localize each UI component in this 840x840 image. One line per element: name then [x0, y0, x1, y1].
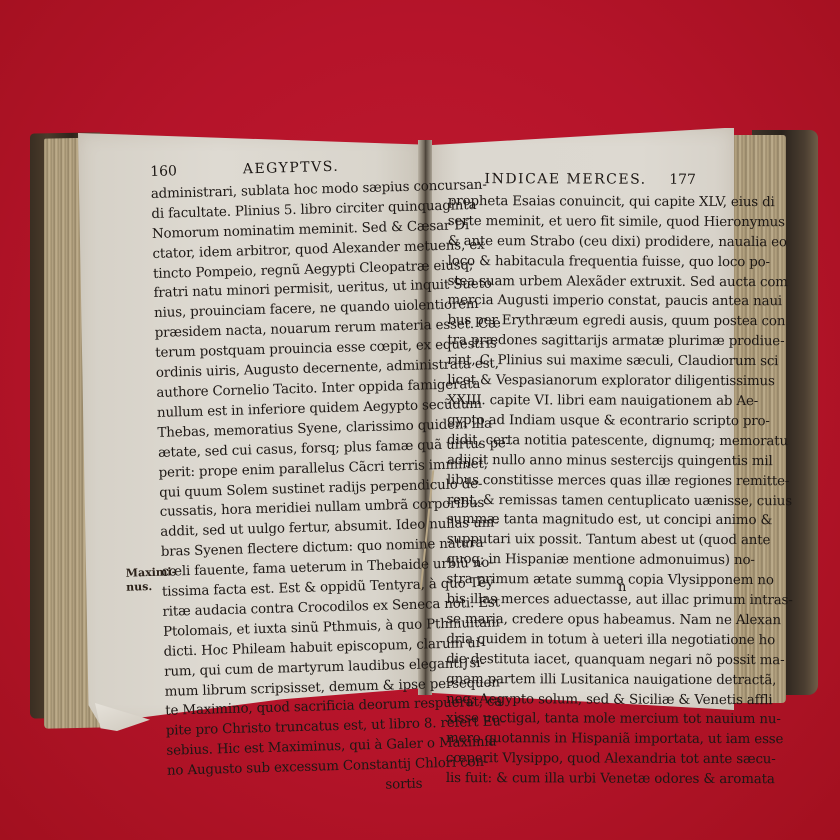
- right-running-header: INDICAE MERCES. 177: [448, 170, 696, 191]
- text-line: lis fuit: & cum illa urbi Venetæ odores …: [446, 769, 792, 790]
- text-line: se maria, credere opus habeamus. Nam ne …: [446, 610, 792, 631]
- margin-note-line: nus.: [126, 579, 177, 594]
- text-line: libus constitisse merces quas illæ regio…: [447, 471, 793, 492]
- text-line: cœperit Vlysippo, quod Alexandria tot an…: [446, 749, 792, 770]
- text-line: neq; Aegypto solum, sed & Siciliæ & Vene…: [446, 690, 792, 711]
- text-line: adijcit nullo anno minus sestercijs quin…: [447, 451, 793, 472]
- margin-note-line: Maximi-: [126, 565, 177, 580]
- text-line: supputari uix possit. Tantum abest ut (q…: [447, 530, 793, 551]
- right-page-text: INDICAE MERCES. 177 propheta Esaias conu…: [446, 170, 794, 790]
- text-line: stea suam urbem Alexãder extruxit. Sed a…: [448, 272, 794, 293]
- left-page-number: 160: [150, 162, 177, 183]
- text-line: gypto ad Indiam usque & econtrario scrip…: [447, 411, 793, 432]
- text-line: tra prædones sagittarijs armatæ plurimæ …: [447, 331, 793, 352]
- text-line: gnam partem illi Lusitanica nauigatione …: [446, 670, 792, 691]
- text-line: loco & habitacula frequentia fuisse, quo…: [448, 252, 794, 273]
- text-line: rint, C. Plinius sui maxime sæculi, Clau…: [447, 351, 793, 372]
- text-line: die destituta iacet, quanquam negari nõ …: [446, 650, 792, 671]
- text-line: bus per Erythræum egredi ausis, quum pos…: [447, 311, 793, 332]
- text-line: quoq; in Hispaniæ mentione admonuimus) n…: [447, 550, 793, 571]
- text-line: rent, & remissas tamen centuplicato uæni…: [447, 490, 793, 511]
- text-line: & ante eum Strabo (ceu dixi) prodidere, …: [448, 232, 794, 253]
- left-running-head-title: AEGYPTVS.: [243, 158, 340, 181]
- margin-note: Maximi- nus.: [126, 565, 177, 594]
- text-line: propheta Esaias conuincit, qui capite XL…: [448, 192, 794, 213]
- signature-mark: n: [618, 580, 626, 595]
- text-line: didit, certa notitia patescente, dignumq…: [447, 431, 793, 452]
- text-line: mercia Augusti imperio constat, paucis a…: [448, 291, 794, 312]
- text-line: mero quotannis in Hispaniã importata, ut…: [446, 729, 792, 750]
- text-line: serte meminit, et uero fit simile, quod …: [448, 212, 794, 233]
- text-line: summæ tanta magnitudo est, ut concipi an…: [447, 510, 793, 531]
- right-running-head-title: INDICAE MERCES.: [485, 170, 647, 190]
- right-page-number: 177: [669, 171, 696, 191]
- text-line: xisse uectigal, tanta mole mercium tot n…: [446, 709, 792, 730]
- text-line: licet & Vespasianorum explorator diligen…: [447, 371, 793, 392]
- text-line: XXIII. capite VI. libri eam nauigationem…: [447, 391, 793, 412]
- book-photo-scene: 160 AEGYPTVS. administrari, sublata hoc …: [0, 0, 840, 840]
- text-line: dria quidem in totum à ueteri illa negot…: [446, 630, 792, 651]
